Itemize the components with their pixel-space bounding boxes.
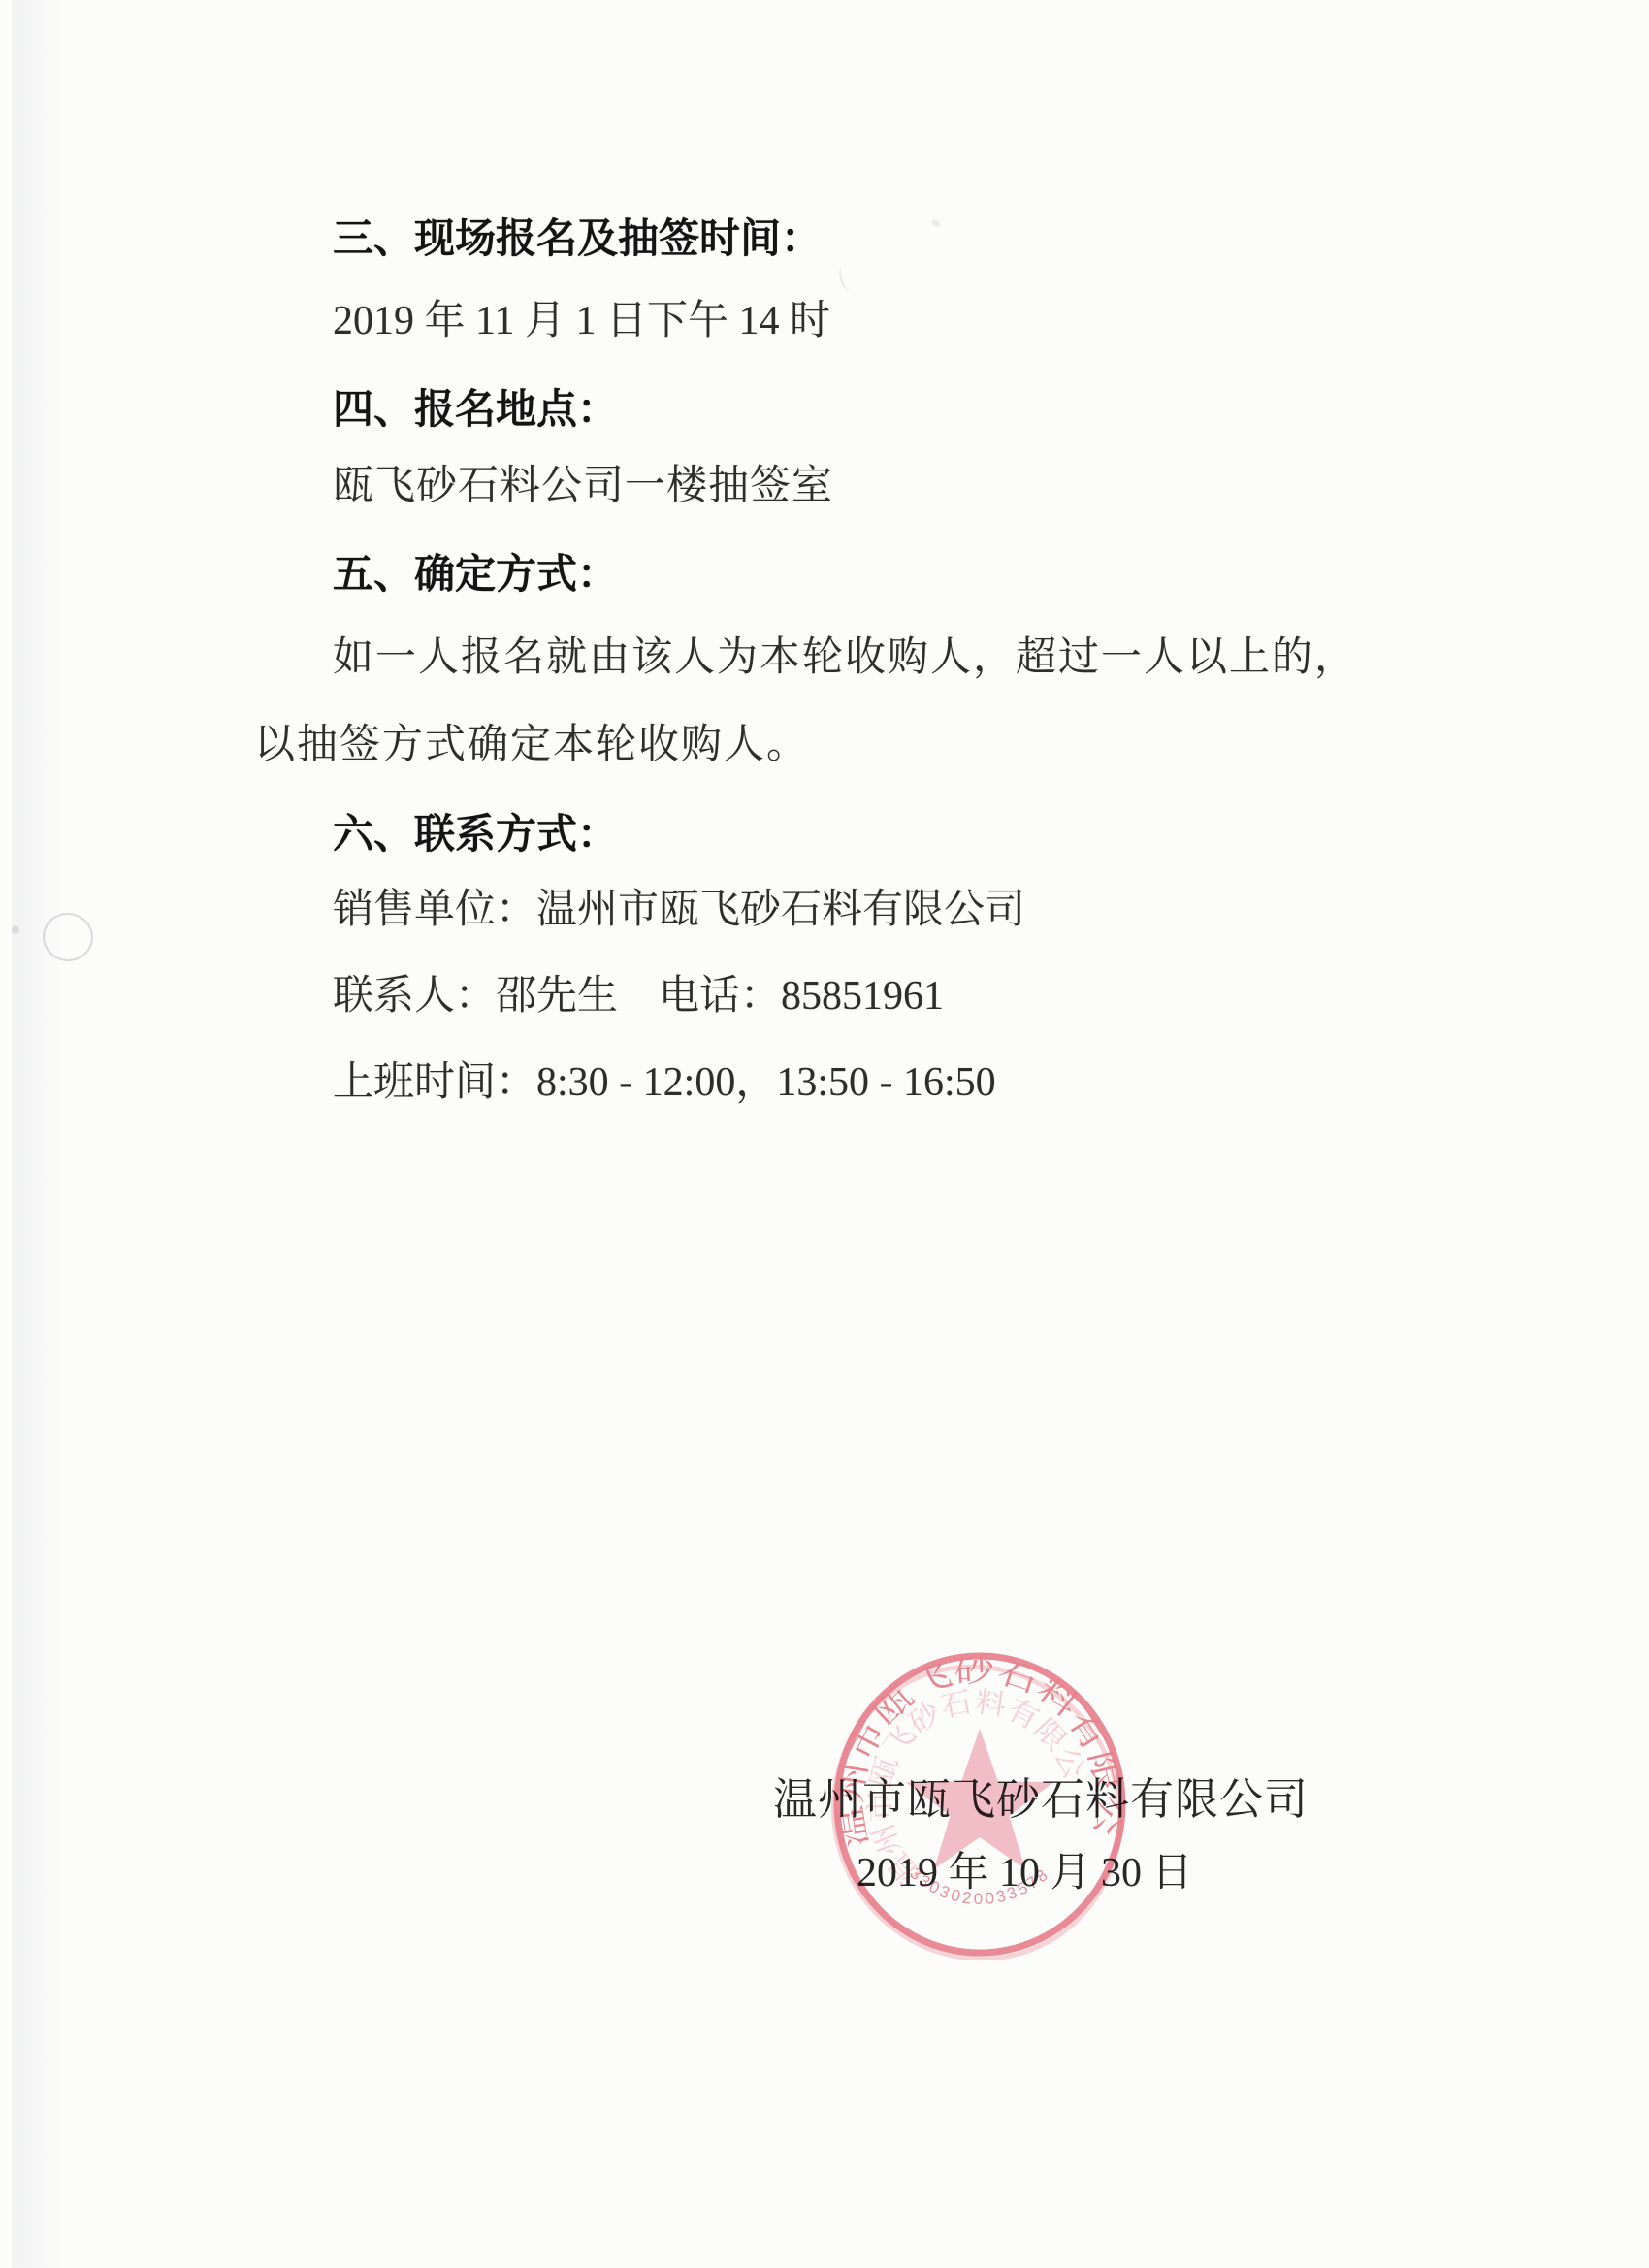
contact-seller-line: 销售单位：温州市瓯飞砂石料有限公司 [333,888,1025,933]
pencil-dot-mark [12,925,19,934]
section-4-line-location: 瓯飞砂石料公司一楼抽签室 [333,464,833,509]
seal-star-icon [906,1729,1053,1869]
section-3-line-datetime: 2019 年 11 月 1 日下午 14 时 [333,299,830,344]
scan-edge-shading [12,0,65,2268]
section-5-paragraph-line-2: 以抽签方式确定本轮收购人。 [254,723,809,768]
contact-office-hours-line: 上班时间：8:30 - 12:00，13:50 - 16:50 [333,1060,996,1106]
section-5-heading: 五、确定方式： [333,551,618,597]
scanned-document-page: 三、现场报名及抽签时间： 2019 年 11 月 1 日下午 14 时 四、报名… [0,0,1649,2268]
seal-serial-number: 3303020033578 [906,1864,1053,1908]
contact-person-phone-line: 联系人：邵先生 电话：85851961 [333,974,944,1020]
company-seal: 温州市瓯飞砂石料有限公司 温州市瓯飞砂石料有限公司 3303020033578 [827,1649,1132,1960]
svg-text:3303020033578: 3303020033578 [906,1864,1053,1908]
faint-pen-wisp-mark [836,264,857,292]
scan-speck-mark [930,218,942,228]
section-3-heading: 三、现场报名及抽签时间： [333,215,822,261]
section-5-paragraph-line-1: 如一人报名就由该人为本轮收购人，超过一人以上的， [333,635,1357,681]
section-6-heading: 六、联系方式： [333,811,618,857]
section-4-heading: 四、报名地点： [333,386,618,432]
